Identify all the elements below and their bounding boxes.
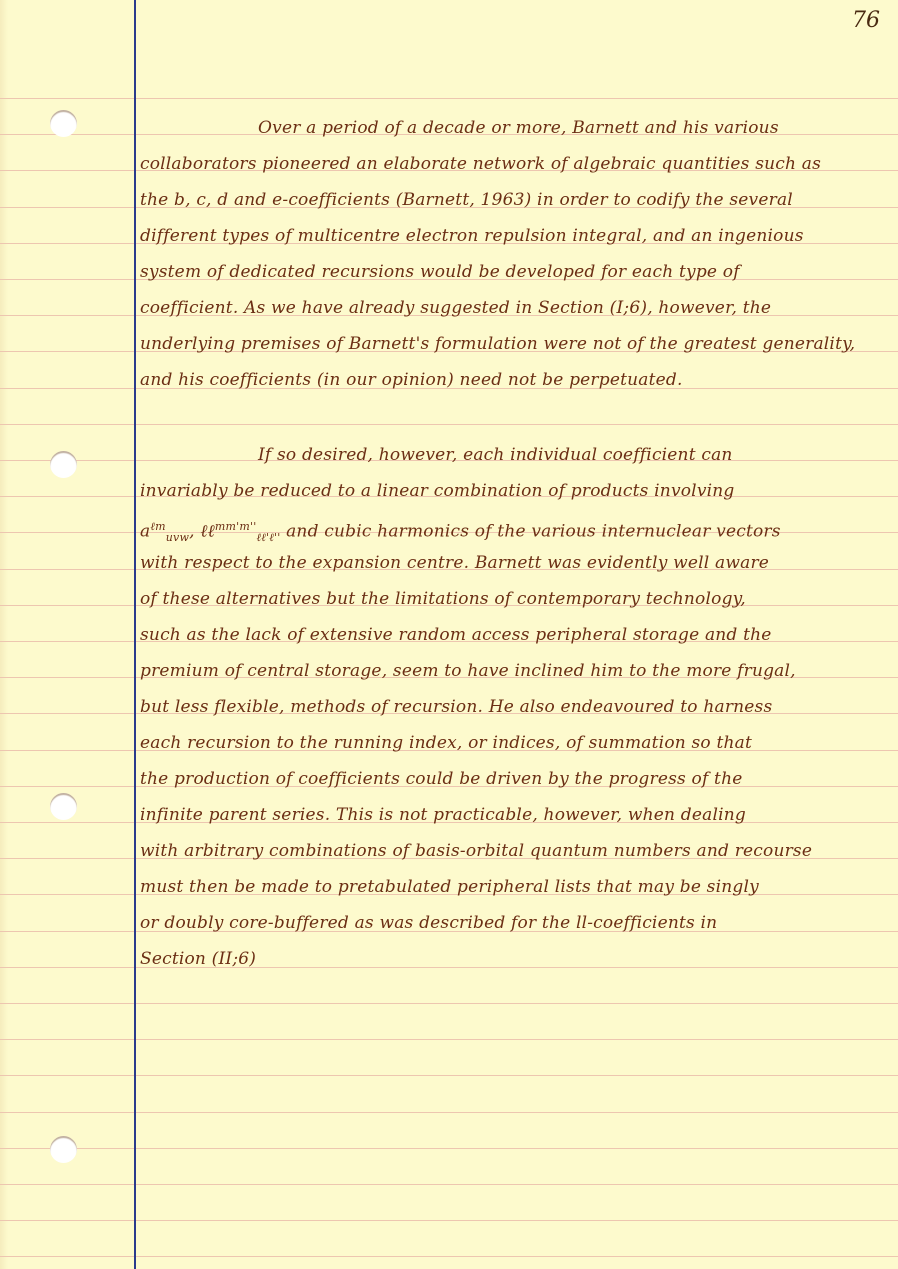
page-number: 76 [852,8,880,33]
paragraph-2-line-15: Section (II;6) [140,944,885,974]
paragraph-1-line-2: collaborators pioneered an elaborate net… [140,149,885,179]
punch-hole [50,1136,77,1163]
paragraph-2-line-2: invariably be reduced to a linear combin… [140,476,885,506]
ll-coefficient-subscript: ℓℓ'ℓ'' [256,531,280,542]
paragraph-2-line-6: such as the lack of extensive random acc… [140,620,885,650]
paragraph-2-line-10: the production of coefficients could be … [140,764,885,794]
paragraph-2-line-11: infinite parent series. This is not prac… [140,800,885,830]
paragraph-1-line-3: the b, c, d and e-coefficients (Barnett,… [140,185,885,215]
punch-hole [50,451,77,478]
paragraph-1-line-7: underlying premises of Barnett's formula… [140,329,885,359]
paragraph-2-line-14: or doubly core-buffered as was described… [140,908,885,938]
paragraph-2-line-7: premium of central storage, seem to have… [140,656,885,686]
paragraph-2-line-13: must then be made to pretabulated periph… [140,872,885,902]
paragraph-2-line-3-math: aℓmuvw, ℓℓmm'm''ℓℓ'ℓ'' and cubic harmoni… [140,512,885,542]
paragraph-2-line-8: but less flexible, methods of recursion.… [140,692,885,722]
paragraph-1-line-1: Over a period of a decade or more, Barne… [140,113,885,143]
punch-hole [50,793,77,820]
ll-coefficient-symbol: ℓℓ [200,522,215,542]
paragraph-1-line-8: and his coefficients (in our opinion) ne… [140,365,885,395]
paragraph-2-line-9: each recursion to the running index, or … [140,728,885,758]
margin-line [134,0,136,1269]
ll-coefficient-superscript: mm'm'' [215,520,257,533]
a-coefficient-superscript: ℓm [150,520,165,533]
notebook-page: 76 Over a period of a decade or more, Ba… [0,0,898,1269]
paragraph-2-line-3-rest: and cubic harmonics of the various inter… [286,522,781,542]
paragraph-1-line-4: different types of multicentre electron … [140,221,885,251]
paragraph-2-line-5: of these alternatives but the limitation… [140,584,885,614]
paragraph-1-line-6: coefficient. As we have already suggeste… [140,293,885,323]
paragraph-1-line-5: system of dedicated recursions would be … [140,257,885,287]
punch-hole [50,110,77,137]
a-coefficient-symbol: a [140,522,150,542]
a-coefficient-subscript: uvw [166,531,189,542]
paragraph-2-line-1: If so desired, however, each individual … [140,440,885,470]
paragraph-2-line-12: with arbitrary combinations of basis-orb… [140,836,885,866]
paragraph-2-line-4: with respect to the expansion centre. Ba… [140,548,885,578]
